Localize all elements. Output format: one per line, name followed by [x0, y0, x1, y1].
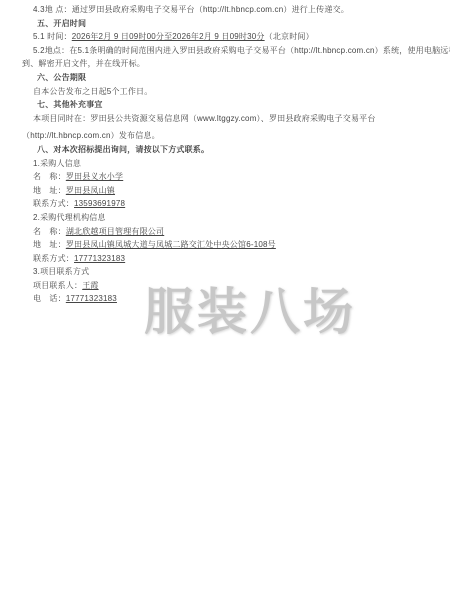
line-buyer-address: 地 址：罗田县凤山镇 — [22, 184, 446, 198]
underlined-value: 17771323183 — [66, 294, 117, 303]
line-5-1-time: 5.1 时间：2026年2月 9 日09时00分至2026年2月 9 日09时3… — [22, 30, 446, 44]
line-buyer-info-title: 1.采购人信息 — [22, 157, 446, 171]
line-buyer-name: 名 称：罗田县义水小学 — [22, 170, 446, 184]
heading-section-6: 六、公告期限 — [22, 71, 446, 85]
heading-section-5: 五、开启时间 — [22, 17, 446, 31]
underlined-value: 罗田县凤山镇凤城大道与凤城二路交汇处中央公馆6-108号 — [66, 240, 276, 249]
line-agency-address: 地 址：罗田县凤山镇凤城大道与凤城二路交汇处中央公馆6-108号 — [22, 238, 446, 252]
underlined-value: 2026年2月 9 日09时00分至2026年2月 9 日09时30分 — [72, 32, 265, 41]
line-5-2-location-cont: 到、解密开启文件，并在线开标。 — [22, 57, 446, 71]
line-5-2-location: 5.2地点：在5.1条明确的时间范围内进入罗田县政府采购电子交易平台（http:… — [22, 44, 446, 58]
line-buyer-contact: 联系方式：13593691978 — [22, 197, 446, 211]
heading-section-8: 八、对本次招标提出询问，请按以下方式联系。 — [22, 143, 446, 157]
line-agency-name: 名 称：湖北欣越项目管理有限公司 — [22, 225, 446, 239]
underlined-value: 王霞 — [82, 281, 98, 290]
line-agency-info-title: 2.采购代理机构信息 — [22, 211, 446, 225]
line-7-body: 本项目同时在：罗田县公共资源交易信息网（www.ltggzy.com）、罗田县政… — [22, 112, 446, 126]
line-agency-contact: 联系方式：17771323183 — [22, 252, 446, 266]
underlined-value: 17771323183 — [74, 254, 125, 263]
underlined-value: 罗田县义水小学 — [66, 172, 123, 181]
underlined-value: 湖北欣越项目管理有限公司 — [66, 227, 164, 236]
line-4-3-location: 4.3地 点：通过罗田县政府采购电子交易平台（http://lt.hbncp.c… — [22, 3, 446, 17]
line-7-body-cont: （http://lt.hbncp.com.cn）发布信息。 — [22, 129, 446, 143]
heading-section-7: 七、其他补充事宜 — [22, 98, 446, 112]
underlined-value: 13593691978 — [74, 199, 125, 208]
document-body: 4.3地 点：通过罗田县政府采购电子交易平台（http://lt.hbncp.c… — [22, 3, 446, 306]
underlined-value: 罗田县凤山镇 — [66, 186, 115, 195]
document-page: 4.3地 点：通过罗田县政府采购电子交易平台（http://lt.hbncp.c… — [0, 0, 450, 600]
watermark: 服装八场 — [144, 272, 356, 344]
line-6-body: 自本公告发布之日起5个工作日。 — [22, 85, 446, 99]
